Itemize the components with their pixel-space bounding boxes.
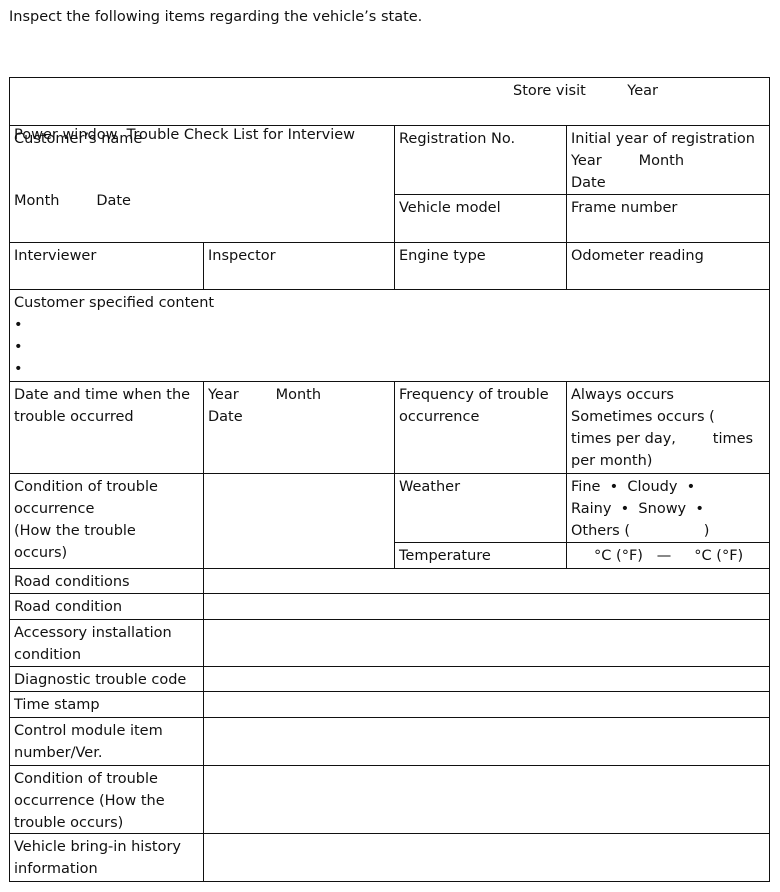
- condition-label: Condition of trouble occurrence (How the…: [9, 474, 203, 568]
- table-rule: [9, 666, 770, 667]
- row-value-field[interactable]: [203, 569, 769, 593]
- row-value-field[interactable]: [203, 594, 769, 619]
- table-rule: [9, 289, 770, 290]
- row-value-field[interactable]: [203, 692, 769, 717]
- table-rule: [9, 717, 770, 718]
- table-rule: [9, 242, 770, 243]
- condition-field[interactable]: [203, 474, 394, 568]
- row-label: Accessory installation condition: [9, 620, 203, 666]
- customer-specified-content-field[interactable]: Customer specified content • • •: [9, 290, 769, 381]
- row-value-field[interactable]: [203, 667, 769, 691]
- store-visit-label: Store visit Year: [508, 78, 768, 102]
- frame-number-field[interactable]: Frame number: [566, 195, 770, 242]
- odometer-field[interactable]: Odometer reading: [566, 243, 770, 289]
- table-rule: [9, 381, 770, 382]
- initial-year-registration-field[interactable]: Initial year of registration Year Month …: [566, 126, 770, 194]
- registration-no-field[interactable]: Registration No.: [394, 126, 566, 194]
- weather-label: Weather: [394, 474, 566, 542]
- table-rule: [9, 125, 770, 126]
- row-value-field[interactable]: [203, 718, 769, 765]
- row-value-field[interactable]: [203, 620, 769, 666]
- table-rule: [9, 77, 770, 78]
- table-rule: [9, 833, 770, 834]
- frequency-label: Frequency of trouble occurrence: [394, 382, 566, 473]
- table-rule: [9, 568, 770, 569]
- intro-text: Inspect the following items regarding th…: [9, 7, 422, 27]
- row-label: Time stamp: [9, 692, 203, 717]
- table-rule: [769, 77, 770, 882]
- interviewer-field[interactable]: Interviewer: [9, 243, 203, 289]
- table-rule: [9, 593, 770, 594]
- table-rule: [394, 542, 770, 543]
- table-rule: [9, 691, 770, 692]
- inspector-field[interactable]: Inspector: [203, 243, 394, 289]
- table-rule: [566, 125, 567, 289]
- row-label: Road conditions: [9, 569, 203, 593]
- row-label: Condition of trouble occurrence (How the…: [9, 766, 203, 833]
- date-time-field[interactable]: Year Month Date: [203, 382, 394, 473]
- temperature-field[interactable]: °C (°F) — °C (°F): [566, 543, 770, 568]
- table-rule: [394, 381, 395, 568]
- vehicle-model-field[interactable]: Vehicle model: [394, 195, 566, 242]
- table-rule: [9, 473, 770, 474]
- row-label: Road condition: [9, 594, 203, 619]
- row-label: Vehicle bring-in history information: [9, 834, 203, 881]
- table-rule: [9, 881, 770, 882]
- table-rule: [566, 381, 567, 568]
- row-value-field[interactable]: [203, 766, 769, 833]
- table-rule: [9, 77, 10, 882]
- weather-options[interactable]: Fine • Cloudy • Rainy • Snowy • Others (…: [566, 474, 770, 542]
- table-rule: [394, 125, 395, 289]
- table-rule: [203, 242, 204, 289]
- frequency-options[interactable]: Always occurs Sometimes occurs ( times p…: [566, 382, 770, 473]
- table-rule: [9, 619, 770, 620]
- customer-name-field[interactable]: Customer’s name: [9, 126, 394, 242]
- row-value-field[interactable]: [203, 834, 769, 881]
- engine-type-field[interactable]: Engine type: [394, 243, 566, 289]
- row-label: Control module item number/Ver.: [9, 718, 203, 765]
- temperature-label: Temperature: [394, 543, 566, 568]
- table-rule: [394, 194, 770, 195]
- table-rule: [9, 765, 770, 766]
- date-time-label: Date and time when the trouble occurred: [9, 382, 203, 473]
- form-title: Power window Trouble Check List for Inte…: [9, 78, 509, 125]
- table-rule: [203, 381, 204, 882]
- row-label: Diagnostic trouble code: [9, 667, 203, 691]
